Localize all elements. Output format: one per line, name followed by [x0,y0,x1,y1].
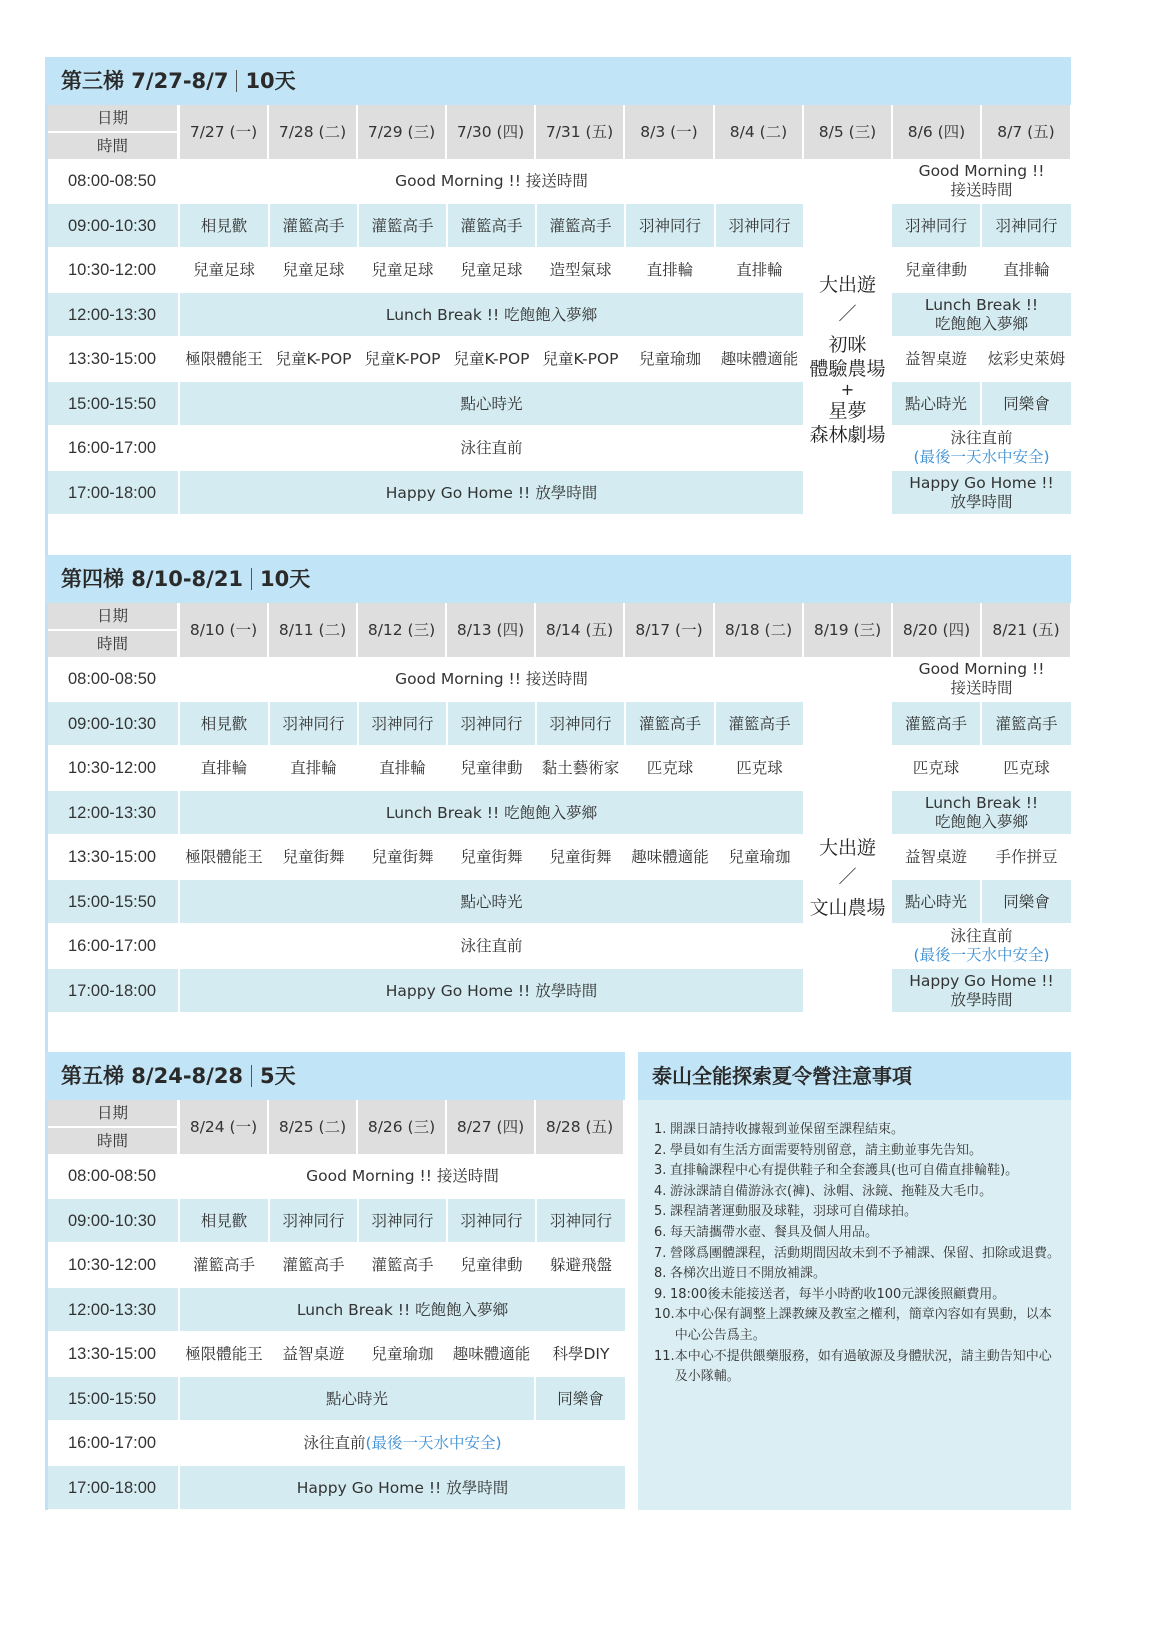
time-slot: 08:00-08:50 [48,657,178,701]
activity-cell: 匹克球 [716,746,803,790]
activity-cell: 科學DIY [537,1332,625,1376]
date-header: 8/25 (二) [269,1100,356,1154]
activity-cell: 兒童瑜珈 [626,337,714,381]
activity-span: Lunch Break !! 吃飽飽入夢鄉 [180,1288,625,1331]
section-duration: 10天 [260,567,310,591]
section-title-text: 第三梯 7/27-8/7 [61,69,228,93]
activity-cell: 灌籃高手 [180,1243,268,1287]
section-title: 第四梯 8/10-8/2110天 [45,555,1071,603]
note-text: 各梯次出遊日不開放補課。 [670,1264,1061,1285]
outing-destination: 大出遊 [819,273,876,297]
date-header: 7/28 (二) [269,105,356,159]
time-slot: 13:30-15:00 [48,337,178,381]
activity-span: 泳往直前 [180,426,803,470]
activity-cell: 同樂會 [982,880,1071,923]
notes-panel: 泰山全能探索夏令營注意事項 1.開課日請持收據報到並保留至課程結束。2.學員如有… [638,1052,1071,1510]
activity-cell: 羽神同行 [359,1199,446,1242]
activity-cell: 羽神同行 [359,702,446,745]
activity-cell: 兒童K-POP [537,337,624,381]
activity-cell: 兒童足球 [359,248,446,292]
activity-cell: 匹克球 [982,746,1071,790]
activity-cell: 相見歡 [180,204,268,247]
activity-span-short-line2: 吃飽飽入夢鄉 [935,315,1028,334]
note-text: 本中心保有調整上課教練及教室之權利，簡章內容如有異動，以本中心公告爲主。 [675,1305,1061,1346]
activity-cell: 灌籃高手 [892,702,980,745]
activity-cell: 羽神同行 [626,204,714,247]
activity-cell: 直排輪 [716,248,803,292]
time-slot: 16:00-17:00 [48,924,178,968]
date-header: 8/19 (三) [804,603,891,657]
date-header: 8/21 (五) [982,603,1070,657]
activity-cell: 兒童瑜珈 [716,835,803,879]
note-text: 學員如有生活方面需要特別留意，請主動並事先告知。 [670,1141,1061,1162]
activity-cell: 兒童律動 [448,746,535,790]
activity-cell: 灌籃高手 [448,204,535,247]
activity-cell: 兒童律動 [892,248,980,292]
activity-cell: 同樂會 [982,382,1071,425]
activity-cell: 益智桌遊 [270,1332,357,1376]
activity-span-short-line1: 泳往直前 [950,429,1012,448]
date-header: 8/11 (二) [269,603,356,657]
activity-cell: 相見歡 [180,1199,268,1242]
outing-destination: 文山農場 [809,896,885,920]
note-text: 本中心不提供餵藥服務，如有過敏源及身體狀況，請主動告知中心及小隊輔。 [675,1347,1061,1388]
header-date-label: 日期 [48,105,177,131]
outing-destination: 森林劇場 [809,423,885,447]
note-number: 6. [654,1223,670,1244]
activity-cell: 趣味體適能 [448,1332,535,1376]
swim-label: 泳往直前 [303,1433,365,1453]
activity-span-short-line1: Good Morning !! [919,660,1045,679]
date-header: 8/14 (五) [536,603,623,657]
note-number: 4. [654,1182,670,1203]
activity-span-short: Good Morning !!接送時間 [892,159,1071,203]
activity-cell: 兒童K-POP [448,337,535,381]
note-item: 11.本中心不提供餵藥服務，如有過敏源及身體狀況，請主動告知中心及小隊輔。 [654,1347,1061,1388]
activity-cell: 直排輪 [982,248,1071,292]
outing-cell: 大出遊／文山農場 [803,702,892,1013]
time-slot: 17:00-18:00 [48,969,178,1012]
activity-span-short: Happy Go Home !!放學時間 [892,471,1071,514]
note-item: 7.營隊爲團體課程，活動期間因故未到不予補課、保留、扣除或退費。 [654,1244,1061,1265]
activity-cell: 羽神同行 [982,204,1071,247]
activity-span: 泳往直前(最後一天水中安全) [180,1421,625,1465]
activity-span: Lunch Break !! 吃飽飽入夢鄉 [180,293,803,336]
activity-cell: 兒童足球 [270,248,357,292]
date-header: 8/26 (三) [358,1100,445,1154]
section-title-text: 第四梯 8/10-8/21 [61,567,243,591]
activity-cell: 兒童街舞 [359,835,446,879]
date-header: 7/27 (一) [180,105,267,159]
time-slot: 15:00-15:50 [48,880,178,923]
date-header: 8/28 (五) [536,1100,623,1154]
activity-cell: 兒童街舞 [270,835,357,879]
activity-span-short-line2: 放學時間 [950,991,1012,1010]
activity-cell: 兒童K-POP [270,337,357,381]
note-item: 10.本中心保有調整上課教練及教室之權利，簡章內容如有異動，以本中心公告爲主。 [654,1305,1061,1346]
date-header: 7/30 (四) [447,105,534,159]
activity-span: Happy Go Home !! 放學時間 [180,471,803,514]
note-text: 每天請攜帶水壺、餐具及個人用品。 [670,1223,1061,1244]
activity-cell: 兒童律動 [448,1243,535,1287]
date-header: 7/29 (三) [358,105,445,159]
date-header: 8/3 (一) [625,105,713,159]
activity-cell: 造型氣球 [537,248,624,292]
note-item: 2.學員如有生活方面需要特別留意，請主動並事先告知。 [654,1141,1061,1162]
activity-cell: 羽神同行 [537,1199,625,1242]
title-divider [251,1065,252,1087]
activity-cell: 羽神同行 [270,1199,357,1242]
date-header: 8/12 (三) [358,603,445,657]
activity-cell: 直排輪 [626,248,714,292]
activity-cell: 趣味體適能 [716,337,803,381]
note-item: 9.18:00後未能接送者，每半小時酌收100元課後照顧費用。 [654,1285,1061,1306]
date-header: 8/7 (五) [982,105,1070,159]
date-header: 8/4 (二) [715,105,802,159]
notes-list: 1.開課日請持收據報到並保留至課程結束。2.學員如有生活方面需要特別留意，請主動… [638,1100,1071,1388]
activity-cell: 灌籃高手 [537,204,624,247]
activity-cell: 灌籃高手 [359,1243,446,1287]
activity-cell: 灌籃高手 [716,702,803,745]
note-text: 課程請著運動服及球鞋，羽球可自備球拍。 [670,1202,1061,1223]
date-header: 8/24 (一) [180,1100,267,1154]
note-item: 1.開課日請持收據報到並保留至課程結束。 [654,1120,1061,1141]
activity-cell: 匹克球 [892,746,980,790]
time-slot: 10:30-12:00 [48,248,178,292]
note-text: 開課日請持收據報到並保留至課程結束。 [670,1120,1061,1141]
activity-span: 泳往直前 [180,924,803,968]
date-header: 7/31 (五) [536,105,623,159]
time-slot: 12:00-13:30 [48,293,178,336]
note-item: 8.各梯次出遊日不開放補課。 [654,1264,1061,1285]
time-slot: 08:00-08:50 [48,1154,178,1198]
activity-span-short-line2: 吃飽飽入夢鄉 [935,813,1028,832]
activity-cell: 躲避飛盤 [537,1243,625,1287]
activity-span-short-line1: Good Morning !! [919,162,1045,181]
activity-cell: 羽神同行 [448,702,535,745]
time-slot: 13:30-15:00 [48,835,178,879]
activity-cell: 點心時光 [892,382,980,425]
note-number: 9. [654,1285,670,1306]
header-date-label: 日期 [48,603,177,629]
time-slot: 15:00-15:50 [48,1377,178,1420]
activity-cell: 灌籃高手 [626,702,714,745]
activity-span-short: Lunch Break !!吃飽飽入夢鄉 [892,293,1071,336]
time-slot: 12:00-13:30 [48,791,178,834]
activity-span-short-line2: (最後一天水中安全) [913,448,1049,467]
time-slot: 10:30-12:00 [48,1243,178,1287]
slash-divider: ／ [839,303,857,327]
activity-span-short: Good Morning !!接送時間 [892,657,1071,701]
activity-cell: 兒童街舞 [537,835,624,879]
activity-cell: 羽神同行 [892,204,980,247]
activity-span-short-line1: Lunch Break !! [925,794,1038,813]
activity-span-short: 泳往直前(最後一天水中安全) [892,924,1071,968]
slash-divider: ／ [839,866,857,890]
swim-note: (最後一天水中安全) [365,1433,501,1453]
outing-cell: 大出遊／初咪體驗農場+星夢森林劇場 [803,204,892,515]
note-item: 3.直排輪課程中心有提供鞋子和全套護具(也可自備直排輪鞋)。 [654,1161,1061,1182]
outing-destination: 體驗農場 [809,357,885,381]
header-time-label: 時間 [48,133,177,159]
activity-cell: 羽神同行 [448,1199,535,1242]
activity-span: Good Morning !! 接送時間 [180,657,803,701]
activity-cell: 益智桌遊 [892,835,980,879]
activity-cell: 灌籃高手 [359,204,446,247]
activity-span: Good Morning !! 接送時間 [180,159,803,203]
activity-cell: 同樂會 [536,1377,625,1420]
activity-cell: 匹克球 [626,746,714,790]
time-slot: 12:00-13:30 [48,1288,178,1331]
activity-cell: 羽神同行 [270,702,357,745]
time-slot: 09:00-10:30 [48,702,178,745]
activity-span-short-line1: 泳往直前 [950,927,1012,946]
note-text: 營隊爲團體課程，活動期間因故未到不予補課、保留、扣除或退費。 [670,1244,1061,1265]
time-slot: 09:00-10:30 [48,204,178,247]
activity-cell: 直排輪 [270,746,357,790]
activity-span-short-line2: 放學時間 [950,493,1012,512]
activity-span: 點心時光 [180,1377,534,1420]
section-title: 第五梯 8/24-8/285天 [45,1052,625,1100]
note-number: 3. [654,1161,670,1182]
date-header: 8/27 (四) [447,1100,534,1154]
activity-span-short: Lunch Break !!吃飽飽入夢鄉 [892,791,1071,834]
activity-span-short-line1: Lunch Break !! [925,296,1038,315]
date-header: 8/17 (一) [625,603,713,657]
activity-cell: 兒童街舞 [448,835,535,879]
time-slot: 17:00-18:00 [48,1466,178,1509]
note-number: 10. [654,1305,675,1346]
activity-cell: 趣味體適能 [626,835,714,879]
activity-cell: 直排輪 [359,746,446,790]
activity-span: Happy Go Home !! 放學時間 [180,969,803,1012]
section-title: 第三梯 7/27-8/710天 [45,57,1071,105]
note-number: 7. [654,1244,670,1265]
activity-span-short-line2: (最後一天水中安全) [913,946,1049,965]
note-number: 2. [654,1141,670,1162]
activity-cell: 羽神同行 [537,702,624,745]
activity-span: 點心時光 [180,880,803,923]
section-duration: 5天 [260,1064,296,1088]
outing-destination: 星夢 [828,399,866,423]
date-header: 8/5 (三) [804,105,891,159]
activity-span: 點心時光 [180,382,803,425]
activity-cell: 極限體能王 [180,337,268,381]
plus-sign: + [841,381,854,399]
activity-span-short-line1: Happy Go Home !! [909,972,1053,991]
activity-cell: 手作拼豆 [982,835,1071,879]
note-number: 1. [654,1120,670,1141]
time-slot: 10:30-12:00 [48,746,178,790]
date-header: 8/18 (二) [715,603,802,657]
activity-span: Lunch Break !! 吃飽飽入夢鄉 [180,791,803,834]
activity-cell: 黏土藝術家 [537,746,624,790]
activity-span-short-line2: 接送時間 [950,679,1012,698]
notes-title: 泰山全能探索夏令營注意事項 [638,1052,1071,1100]
date-header: 8/10 (一) [180,603,267,657]
activity-cell: 兒童足球 [180,248,268,292]
activity-span-short: 泳往直前(最後一天水中安全) [892,426,1071,470]
activity-cell: 灌籃高手 [270,204,357,247]
note-item: 6.每天請攜帶水壺、餐具及個人用品。 [654,1223,1061,1244]
date-header: 8/6 (四) [893,105,980,159]
time-slot: 15:00-15:50 [48,382,178,425]
title-divider [251,568,252,590]
activity-cell: 灌籃高手 [982,702,1071,745]
activity-span: Good Morning !! 接送時間 [180,1154,625,1198]
outing-destination: 初咪 [828,333,866,357]
note-number: 11. [654,1347,675,1388]
note-text: 18:00後未能接送者，每半小時酌收100元課後照顧費用。 [670,1285,1061,1306]
activity-cell: 兒童足球 [448,248,535,292]
date-header: 8/13 (四) [447,603,534,657]
time-slot: 09:00-10:30 [48,1199,178,1242]
activity-span-short-line2: 接送時間 [950,181,1012,200]
note-item: 5.課程請著運動服及球鞋，羽球可自備球拍。 [654,1202,1061,1223]
activity-cell: 極限體能王 [180,1332,268,1376]
time-slot: 08:00-08:50 [48,159,178,203]
activity-cell: 兒童瑜珈 [359,1332,446,1376]
activity-cell: 灌籃高手 [270,1243,357,1287]
activity-cell: 直排輪 [180,746,268,790]
title-divider [236,70,237,92]
activity-cell: 兒童K-POP [359,337,446,381]
date-header: 8/20 (四) [893,603,980,657]
time-slot: 17:00-18:00 [48,471,178,514]
outing-destination: 大出遊 [819,836,876,860]
activity-cell: 相見歡 [180,702,268,745]
activity-span-short-line1: Happy Go Home !! [909,474,1053,493]
activity-cell: 炫彩史萊姆 [982,337,1071,381]
activity-span-short: Happy Go Home !!放學時間 [892,969,1071,1012]
note-text: 直排輪課程中心有提供鞋子和全套護具(也可自備直排輪鞋)。 [670,1161,1061,1182]
activity-cell: 點心時光 [892,880,980,923]
note-text: 游泳課請自備游泳衣(褲)、泳帽、泳鏡、拖鞋及大毛巾。 [670,1182,1061,1203]
note-item: 4.游泳課請自備游泳衣(褲)、泳帽、泳鏡、拖鞋及大毛巾。 [654,1182,1061,1203]
activity-cell: 羽神同行 [716,204,803,247]
header-time-label: 時間 [48,631,177,657]
section-duration: 10天 [245,69,295,93]
time-slot: 13:30-15:00 [48,1332,178,1376]
note-number: 8. [654,1264,670,1285]
activity-cell: 益智桌遊 [892,337,980,381]
time-slot: 16:00-17:00 [48,1421,178,1465]
section-title-text: 第五梯 8/24-8/28 [61,1064,243,1088]
note-number: 5. [654,1202,670,1223]
time-slot: 16:00-17:00 [48,426,178,470]
header-time-label: 時間 [48,1128,177,1154]
activity-cell: 極限體能王 [180,835,268,879]
activity-span: Happy Go Home !! 放學時間 [180,1466,625,1509]
header-date-label: 日期 [48,1100,177,1126]
